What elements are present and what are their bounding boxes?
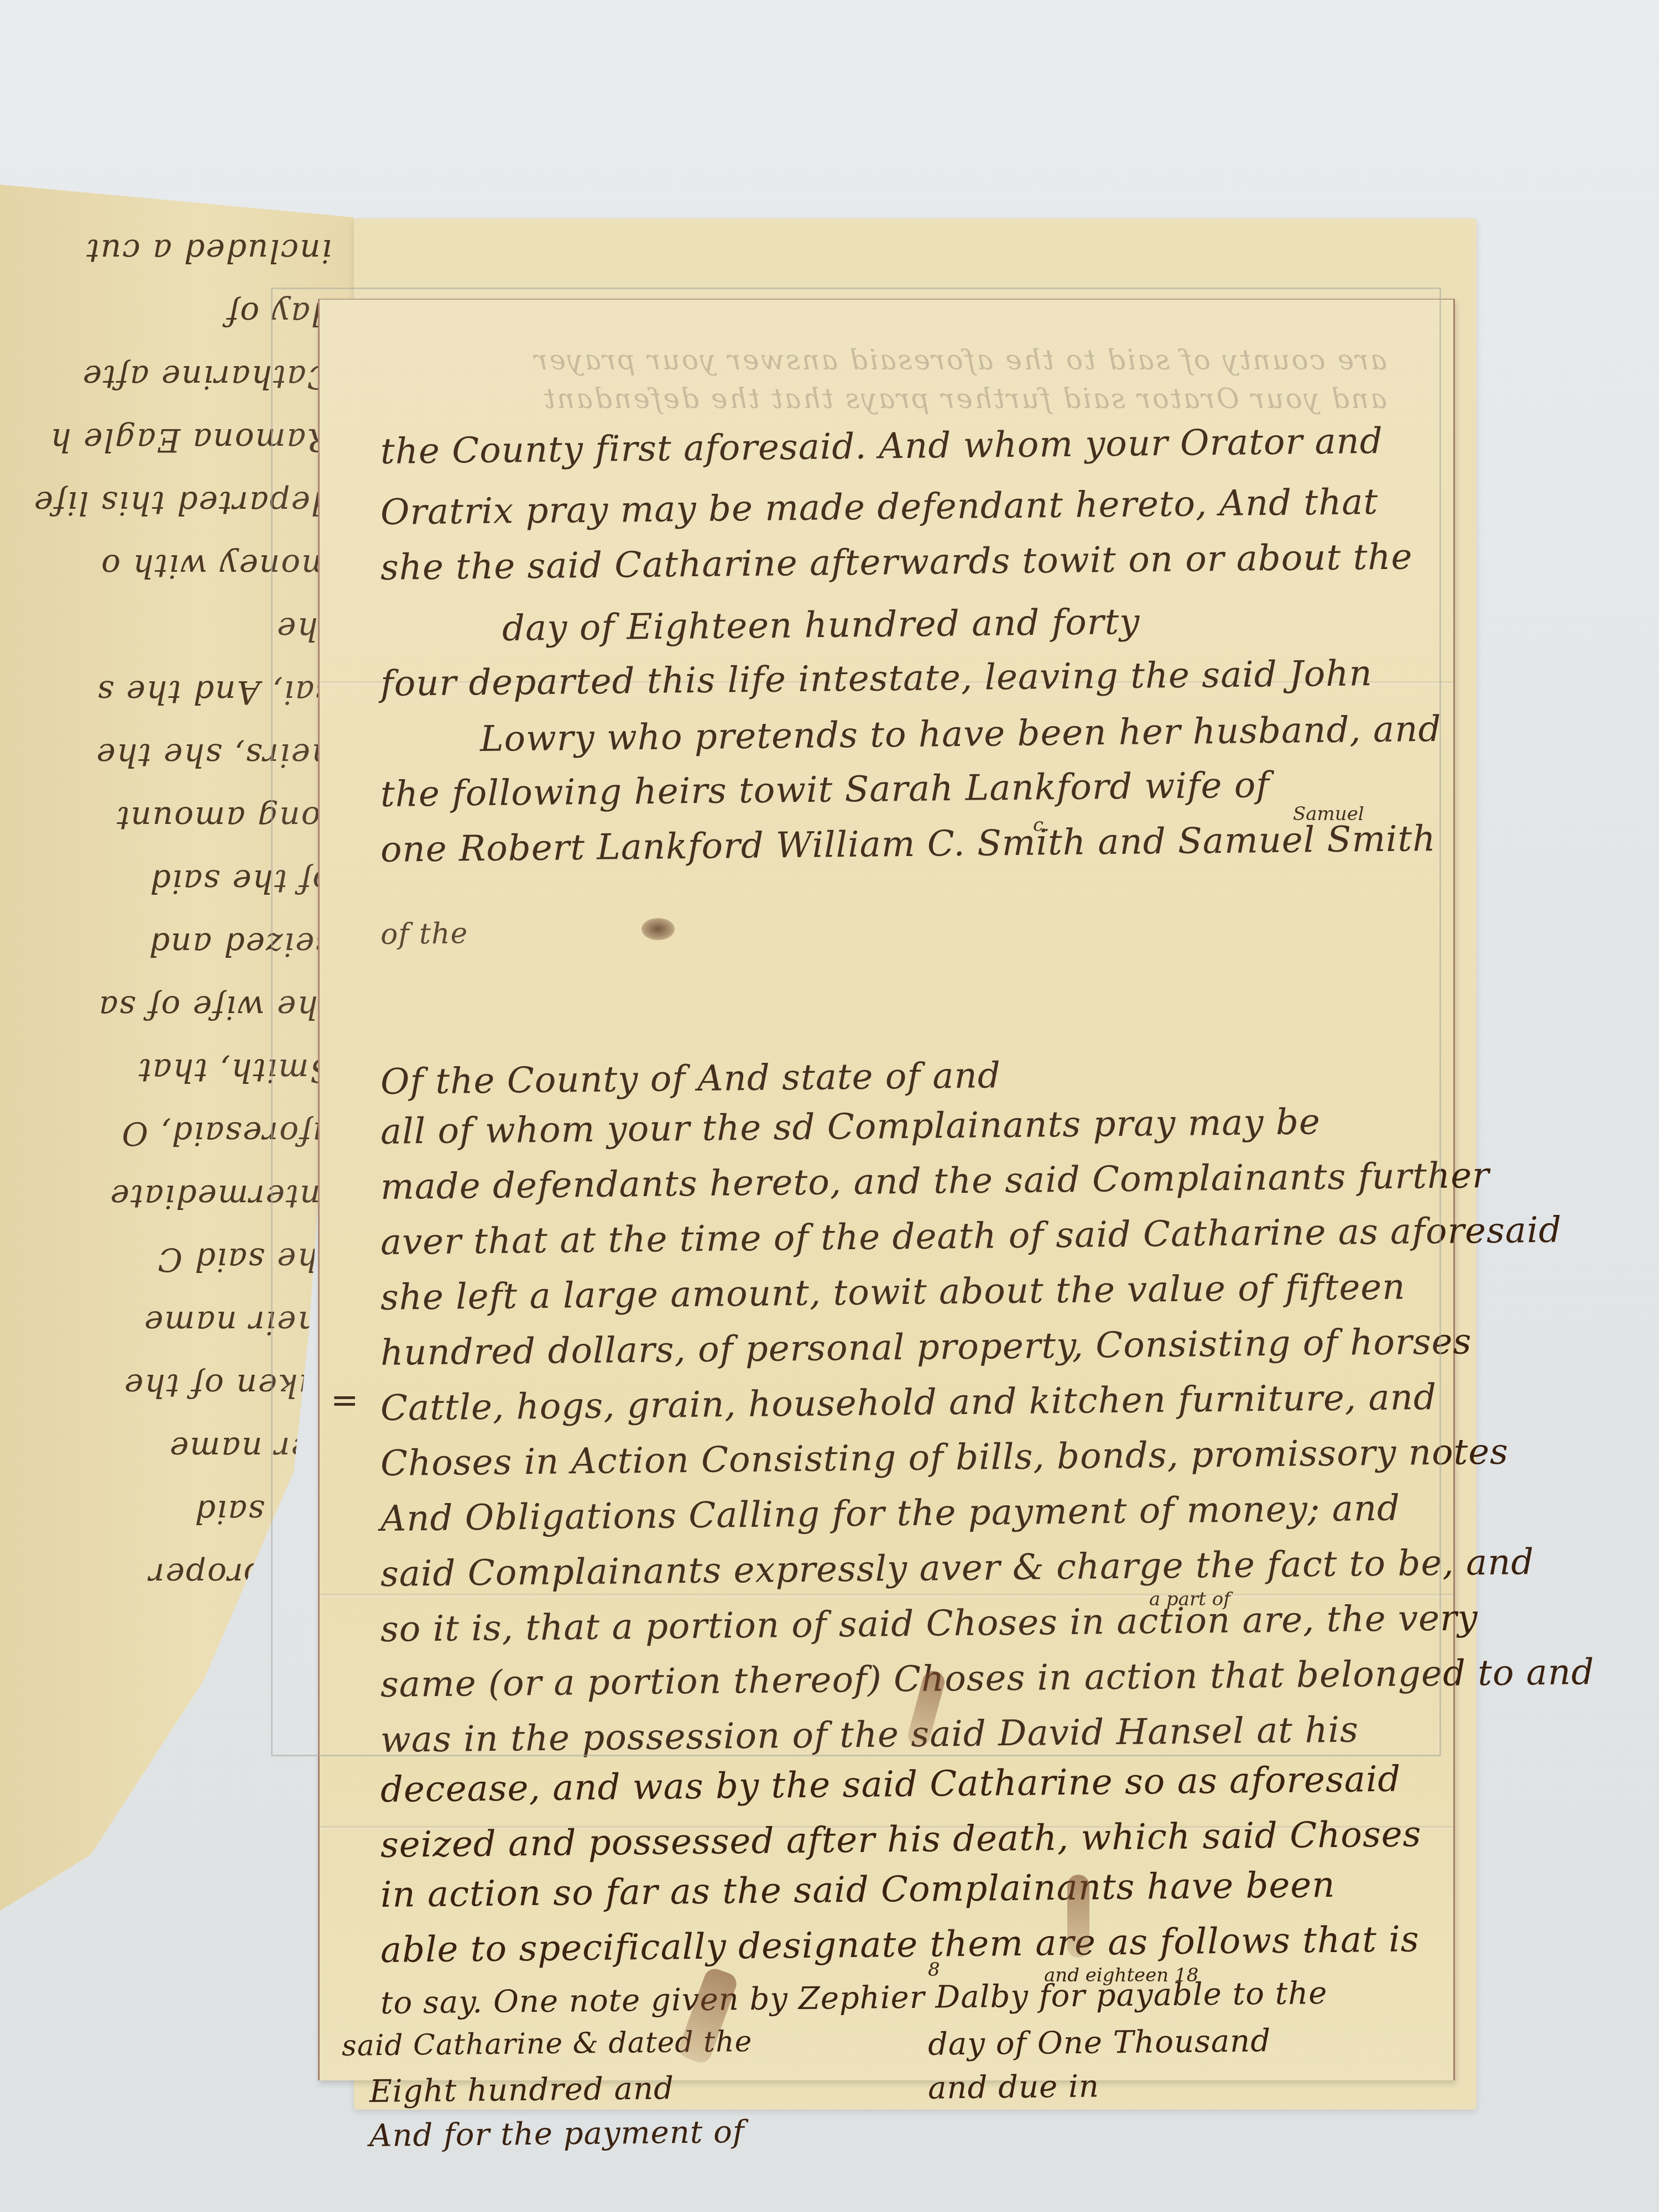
left-page-text: included a cut day of Catharine afte Ram… bbox=[0, 232, 332, 1836]
left-line: Catharine afte bbox=[0, 358, 332, 396]
interlinear-8: 8 bbox=[928, 1959, 940, 1981]
interlinear-samuel: Samuel bbox=[1293, 803, 1364, 825]
manuscript-line: Cattle, hogs, grain, household and kitch… bbox=[380, 1378, 1432, 1428]
manuscript-line: Oratrix pray may be made defendant heret… bbox=[380, 482, 1432, 532]
left-line: her name bbox=[0, 1430, 332, 1468]
left-line: the proper bbox=[0, 1556, 332, 1594]
manuscript-line: aver that at the time of the death of sa… bbox=[380, 1212, 1432, 1262]
left-line: Smith, that bbox=[0, 1052, 332, 1089]
left-line: included a cut bbox=[0, 232, 332, 270]
manuscript-line: she the said Catharine afterwards towit … bbox=[380, 538, 1432, 587]
manuscript-line: Choses in Action Consisting of bills, bo… bbox=[380, 1433, 1432, 1483]
manuscript-line: Lowry who pretends to have been her husb… bbox=[480, 709, 1531, 759]
left-line: the said bbox=[0, 1493, 332, 1531]
manuscript-line-bottom-right: day of One Thousand bbox=[928, 2022, 1426, 2062]
manuscript-line: able to specifically designate them are … bbox=[380, 1920, 1432, 1970]
manuscript-line: one Robert Lankford William C. Smith and… bbox=[380, 820, 1432, 869]
manuscript-line: And Obligations Calling for the payment … bbox=[380, 1489, 1432, 1538]
manuscript-line: same (or a portion thereof) Choses in ac… bbox=[380, 1655, 1432, 1704]
left-line: seized and bbox=[0, 926, 332, 963]
manuscript-line-fragment: of the bbox=[380, 908, 1431, 951]
left-line: Ramona Eagle h bbox=[0, 421, 332, 459]
left-line: heirs, she the bbox=[0, 737, 332, 774]
left-line: aforesaid, O bbox=[0, 1115, 332, 1152]
left-page-upside-down: included a cut day of Catharine afte Ram… bbox=[0, 182, 354, 1924]
left-line: the wife of sa bbox=[0, 989, 332, 1026]
ink-stain bbox=[1067, 1875, 1089, 1958]
manuscript-line: hundred dollars, of personal property, C… bbox=[380, 1323, 1432, 1373]
left-line: departed this life bbox=[0, 484, 332, 522]
manuscript-line: so it is, that a portion of said Choses … bbox=[380, 1599, 1432, 1649]
manuscript-line: said Complainants expressly aver & charg… bbox=[380, 1544, 1432, 1594]
left-line: the said C bbox=[0, 1241, 332, 1279]
main-manuscript-page: are county of said to the aforesaid answ… bbox=[318, 299, 1455, 2080]
left-line: then bbox=[0, 1619, 332, 1657]
manuscript-line: in action so far as the said Complainant… bbox=[380, 1865, 1432, 1914]
left-line: taken of the bbox=[0, 1367, 332, 1405]
manuscript-line: seized and possessed after his death, wh… bbox=[380, 1815, 1432, 1865]
left-line: of the said bbox=[0, 863, 332, 900]
manuscript-line: the County first aforesaid. And whom you… bbox=[380, 421, 1432, 471]
ink-blot bbox=[641, 918, 675, 940]
manuscript-line: to say. One note given by Zephier Dalby … bbox=[380, 1975, 1432, 2020]
bleed-through-text: and your Orator said further prays that … bbox=[364, 383, 1387, 415]
manuscript-line: day of Eighteen hundred and forty bbox=[502, 598, 1553, 648]
manuscript-line-bottom-left: And for the payment of bbox=[369, 2108, 1421, 2153]
manuscript-line: decease, and was by the said Catharine s… bbox=[380, 1760, 1432, 1809]
left-line: money with o bbox=[0, 547, 332, 585]
manuscript-line-bottom-right: and due in bbox=[928, 2067, 1316, 2105]
manuscript-line: made defendants hereto, and the said Com… bbox=[380, 1157, 1432, 1207]
left-line: long amount bbox=[0, 800, 332, 837]
left-line: sai, And the s bbox=[0, 674, 332, 711]
manuscript-line: was in the possession of the said David … bbox=[380, 1710, 1432, 1760]
fold-line bbox=[320, 1594, 1453, 1597]
left-line: intermediate bbox=[0, 1178, 332, 1215]
manuscript-line: four departed this life intestate, leavi… bbox=[380, 654, 1432, 703]
margin-mark: = bbox=[331, 1381, 358, 1420]
left-line: the bbox=[0, 611, 332, 648]
left-line: day of bbox=[0, 295, 332, 333]
manuscript-line: Of the County of And state of and bbox=[380, 1052, 1432, 1102]
interlinear-c: c. bbox=[1033, 814, 1050, 836]
manuscript-line: she left a large amount, towit about the… bbox=[380, 1267, 1432, 1317]
manuscript-line: all of whom your the sd Complainants pra… bbox=[380, 1102, 1432, 1151]
left-line: their name bbox=[0, 1304, 332, 1342]
bleed-through-text: are county of said to the aforesaid answ… bbox=[364, 344, 1387, 376]
manuscript-line: the following heirs towit Sarah Lankford… bbox=[380, 764, 1432, 814]
